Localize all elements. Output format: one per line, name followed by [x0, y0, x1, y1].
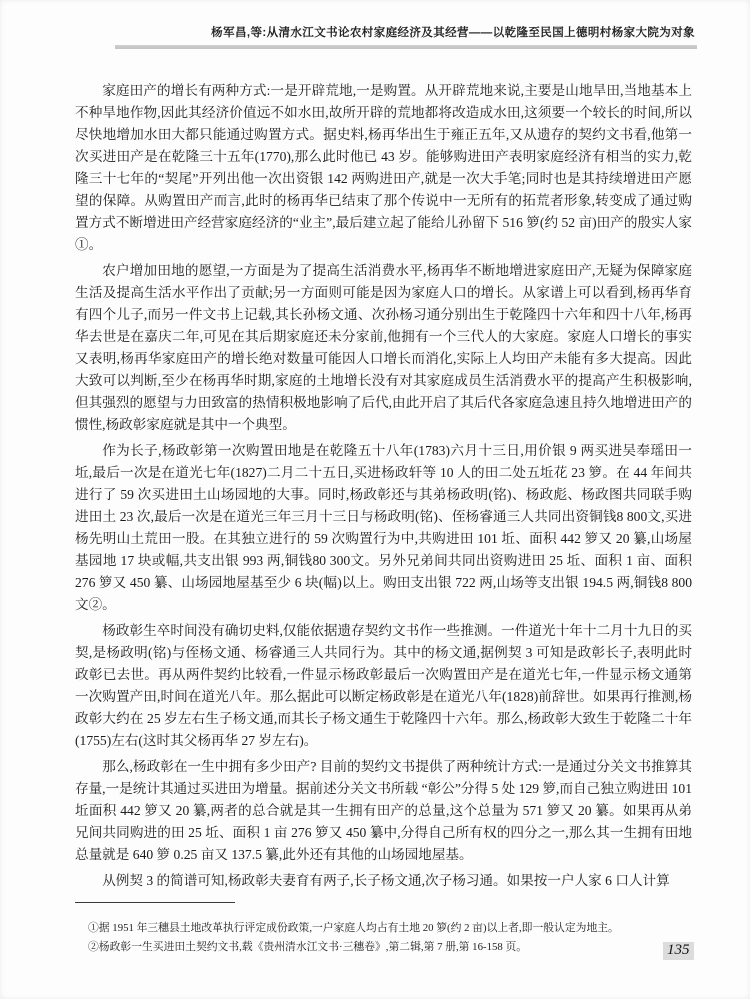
footnote-item: ①据 1951 年三穗县土地改革执行评定成份政策,一户家庭人均占有土地 20 箩…: [88, 919, 694, 938]
footnote-separator: [75, 902, 235, 903]
body-paragraph: 那么,杨政彰在一生中拥有多少田产? 目前的契约文书提供了两种统计方式:一是通过分…: [75, 756, 692, 866]
header-rule-divider: [115, 45, 697, 49]
body-paragraph: 农户增加田地的愿望,一方面是为了提高生活消费水平,杨再华不断地增进家庭田产,无疑…: [75, 260, 692, 436]
body-paragraph: 作为长子,杨政彰第一次购置田地是在乾隆五十八年(1783)六月十三日,用价银 9…: [75, 440, 692, 616]
journal-page: 杨军昌,等:从清水江文书论农村家庭经济及其经营——以乾隆至民国上德明村杨家大院为…: [0, 0, 750, 999]
footnote-item: ②杨政彰一生买进田土契约文书,载《贵州清水江文书·三穗卷》,第二辑,第 7 册,…: [88, 938, 694, 957]
footnotes: ①据 1951 年三穗县土地改革执行评定成份政策,一户家庭人均占有土地 20 箩…: [88, 919, 694, 957]
article-body: 家庭田产的增长有两种方式:一是开辟荒地,一是购置。从开辟荒地来说,主要是山地旱田…: [75, 80, 692, 892]
body-paragraph: 家庭田产的增长有两种方式:一是开辟荒地,一是购置。从开辟荒地来说,主要是山地旱田…: [75, 80, 692, 256]
body-paragraph: 杨政彰生卒时间没有确切史料,仅能依据遗存契约文书作一些推测。一件道光十年十二月十…: [75, 620, 692, 752]
page-number: 135: [663, 942, 694, 960]
body-paragraph: 从例契 3 的简谱可知,杨政彰夫妻育有两子,长子杨文通,次子杨习通。如果按一户人…: [75, 870, 692, 892]
running-title: 杨军昌,等:从清水江文书论农村家庭经济及其经营——以乾隆至民国上德明村杨家大院为…: [75, 24, 695, 40]
